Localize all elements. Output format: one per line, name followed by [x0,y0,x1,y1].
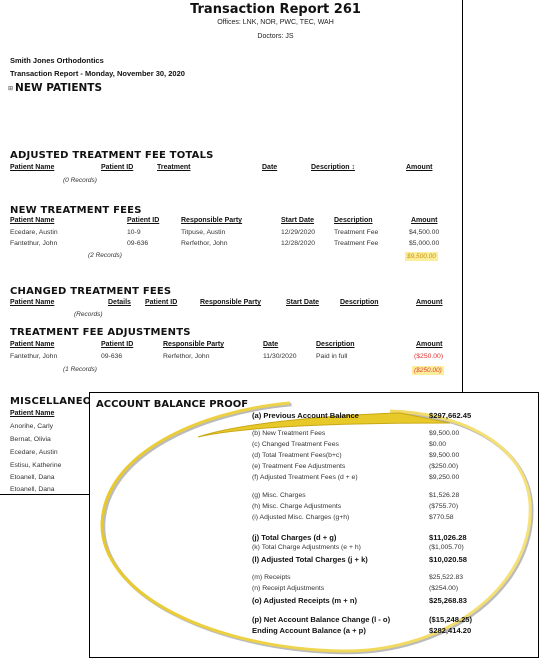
col-amount[interactable]: Amount [406,164,432,171]
changed-fees-title: CHANGED TREATMENT FEES [10,286,171,297]
doctors-line: Doctors: JS [0,33,551,40]
col-amount[interactable]: Amount [416,341,442,348]
list-item: Estisu, Katherine [10,462,61,469]
proof-label: (g) Misc. Charges [252,492,306,499]
proof-label: Ending Account Balance (a + p) [252,626,366,635]
new-fees-title: NEW TREATMENT FEES [10,205,142,216]
col-patient-name[interactable]: Patient Name [10,410,54,417]
col-patient-id[interactable]: Patient ID [101,341,133,348]
date: 11/30/2020 [263,353,297,360]
fee-adjustments-title: TREATMENT FEE ADJUSTMENTS [10,327,191,338]
col-description[interactable]: Description [334,217,373,224]
col-patient-name[interactable]: Patient Name [10,299,54,306]
plus-box-icon[interactable]: ⊞ [8,85,13,92]
list-item: Etoanell, Dana [10,486,55,493]
proof-label: (m) Receipts [252,574,291,581]
col-patient-id[interactable]: Patient ID [127,217,159,224]
adjusted-totals-title: ADJUSTED TREATMENT FEE TOTALS [10,150,214,161]
col-patient-name[interactable]: Patient Name [10,164,54,171]
practice-name: Smith Jones Orthodontics [10,56,104,65]
proof-title: ACCOUNT BALANCE PROOF [96,399,248,410]
col-start-date[interactable]: Start Date [281,217,314,224]
proof-value: $25,522.83 [429,574,463,581]
proof-value: ($254.00) [429,585,458,592]
proof-value: $10,020.58 [429,555,467,564]
col-patient-name[interactable]: Patient Name [10,217,54,224]
proof-value: $770.58 [429,514,454,521]
proof-value: $1,526.28 [429,492,459,499]
col-details[interactable]: Details [108,299,131,306]
proof-value: $25,268.83 [429,596,467,605]
proof-label: (a) Previous Account Balance [252,411,359,420]
amount: $5,000.00 [409,240,439,247]
col-date[interactable]: Date [262,164,277,171]
proof-value: ($15,248.25) [429,615,472,624]
col-amount[interactable]: Amount [411,217,437,224]
proof-value: $9,500.00 [429,430,459,437]
list-item: Bernat, Olivia [10,436,51,443]
col-description[interactable]: Description [340,299,379,306]
proof-label: (i) Adjusted Misc. Charges (g+h) [252,514,349,521]
proof-label: (d) Total Treatment Fees(b+c) [252,452,342,459]
proof-label: (p) Net Account Balance Change (l - o) [252,615,390,624]
col-treatment[interactable]: Treatment [157,164,190,171]
list-item: Anorihe, Carly [10,423,53,430]
col-responsible-party[interactable]: Responsible Party [181,217,242,224]
patient-name: Fantethur, John [10,240,57,247]
description: Treatment Fee [334,229,378,236]
start-date: 12/28/2020 [281,240,315,247]
patient-name: Ecedare, Austin [10,229,58,236]
report-title: Transaction Report 261 [0,2,551,17]
col-responsible-party[interactable]: Responsible Party [200,299,261,306]
proof-label: (k) Total Charge Adjustments (e + h) [252,544,361,551]
total-amount: ($250.00) [412,366,444,375]
proof-value: ($755.70) [429,503,458,510]
col-date[interactable]: Date [263,341,278,348]
proof-value: $282,414.20 [429,626,471,635]
responsible-party: Rerfethor, John [181,240,227,247]
proof-label: (o) Adjusted Receipts (m + n) [252,596,357,605]
total-amount: $9,500.00 [405,252,438,261]
proof-value: ($1,005.70) [429,544,464,551]
start-date: 12/29/2020 [281,229,315,236]
patient-name: Fantethur, John [10,353,57,360]
proof-value: $0.00 [429,441,446,448]
proof-value: ($250.00) [429,463,458,470]
report-date-line: Transaction Report - Monday, November 30… [10,69,185,78]
proof-label: (l) Adjusted Total Charges (j + k) [252,555,368,564]
proof-label: (f) Adjusted Treatment Fees (d + e) [252,474,358,481]
col-responsible-party[interactable]: Responsible Party [163,341,224,348]
proof-label: (h) Misc. Charge Adjustments [252,503,341,510]
list-item: Ecedare, Austin [10,449,58,456]
proof-value: $11,026.28 [429,533,467,542]
records-count: (0 Records) [63,177,97,184]
responsible-party: Titpuse, Austin [181,229,225,236]
account-balance-proof-panel: ACCOUNT BALANCE PROOF (a) Previous Accou… [89,392,539,658]
records-count: (1 Records) [63,366,97,373]
proof-value: $9,250.00 [429,474,459,481]
records-count: (Records) [74,311,103,318]
responsible-party: Rerfethor, John [163,353,209,360]
proof-value: $297,662.45 [429,411,471,420]
patient-id: 09-636 [101,353,122,360]
offices-line: Offices: LNK, NOR, PWC, TEC, WAH [0,19,551,26]
description: Treatment Fee [334,240,378,247]
new-patients-title: NEW PATIENTS [15,82,102,94]
amount: ($250.00) [414,353,443,360]
records-count: (2 Records) [88,252,122,259]
col-description[interactable]: Description [316,341,355,348]
proof-label: (j) Total Charges (d + g) [252,533,336,542]
proof-label: (n) Receipt Adjustments [252,585,324,592]
col-patient-id[interactable]: Patient ID [101,164,133,171]
col-amount[interactable]: Amount [416,299,442,306]
proof-label: (c) Changed Treatment Fees [252,441,339,448]
patient-id: 10-9 [127,229,141,236]
amount: $4,500.00 [409,229,439,236]
col-patient-name[interactable]: Patient Name [10,341,54,348]
list-item: Etoanell, Dana [10,474,55,481]
col-start-date[interactable]: Start Date [286,299,319,306]
col-description-sort[interactable]: Description ↕ [311,164,355,171]
proof-label: (b) New Treatment Fees [252,430,325,437]
description: Paid in full [316,353,347,360]
new-patients-section[interactable]: ⊞NEW PATIENTS [8,82,102,94]
col-patient-id[interactable]: Patient ID [145,299,177,306]
proof-label: (e) Treatment Fee Adjustments [252,463,345,470]
proof-value: $9,500.00 [429,452,459,459]
patient-id: 09-636 [127,240,148,247]
